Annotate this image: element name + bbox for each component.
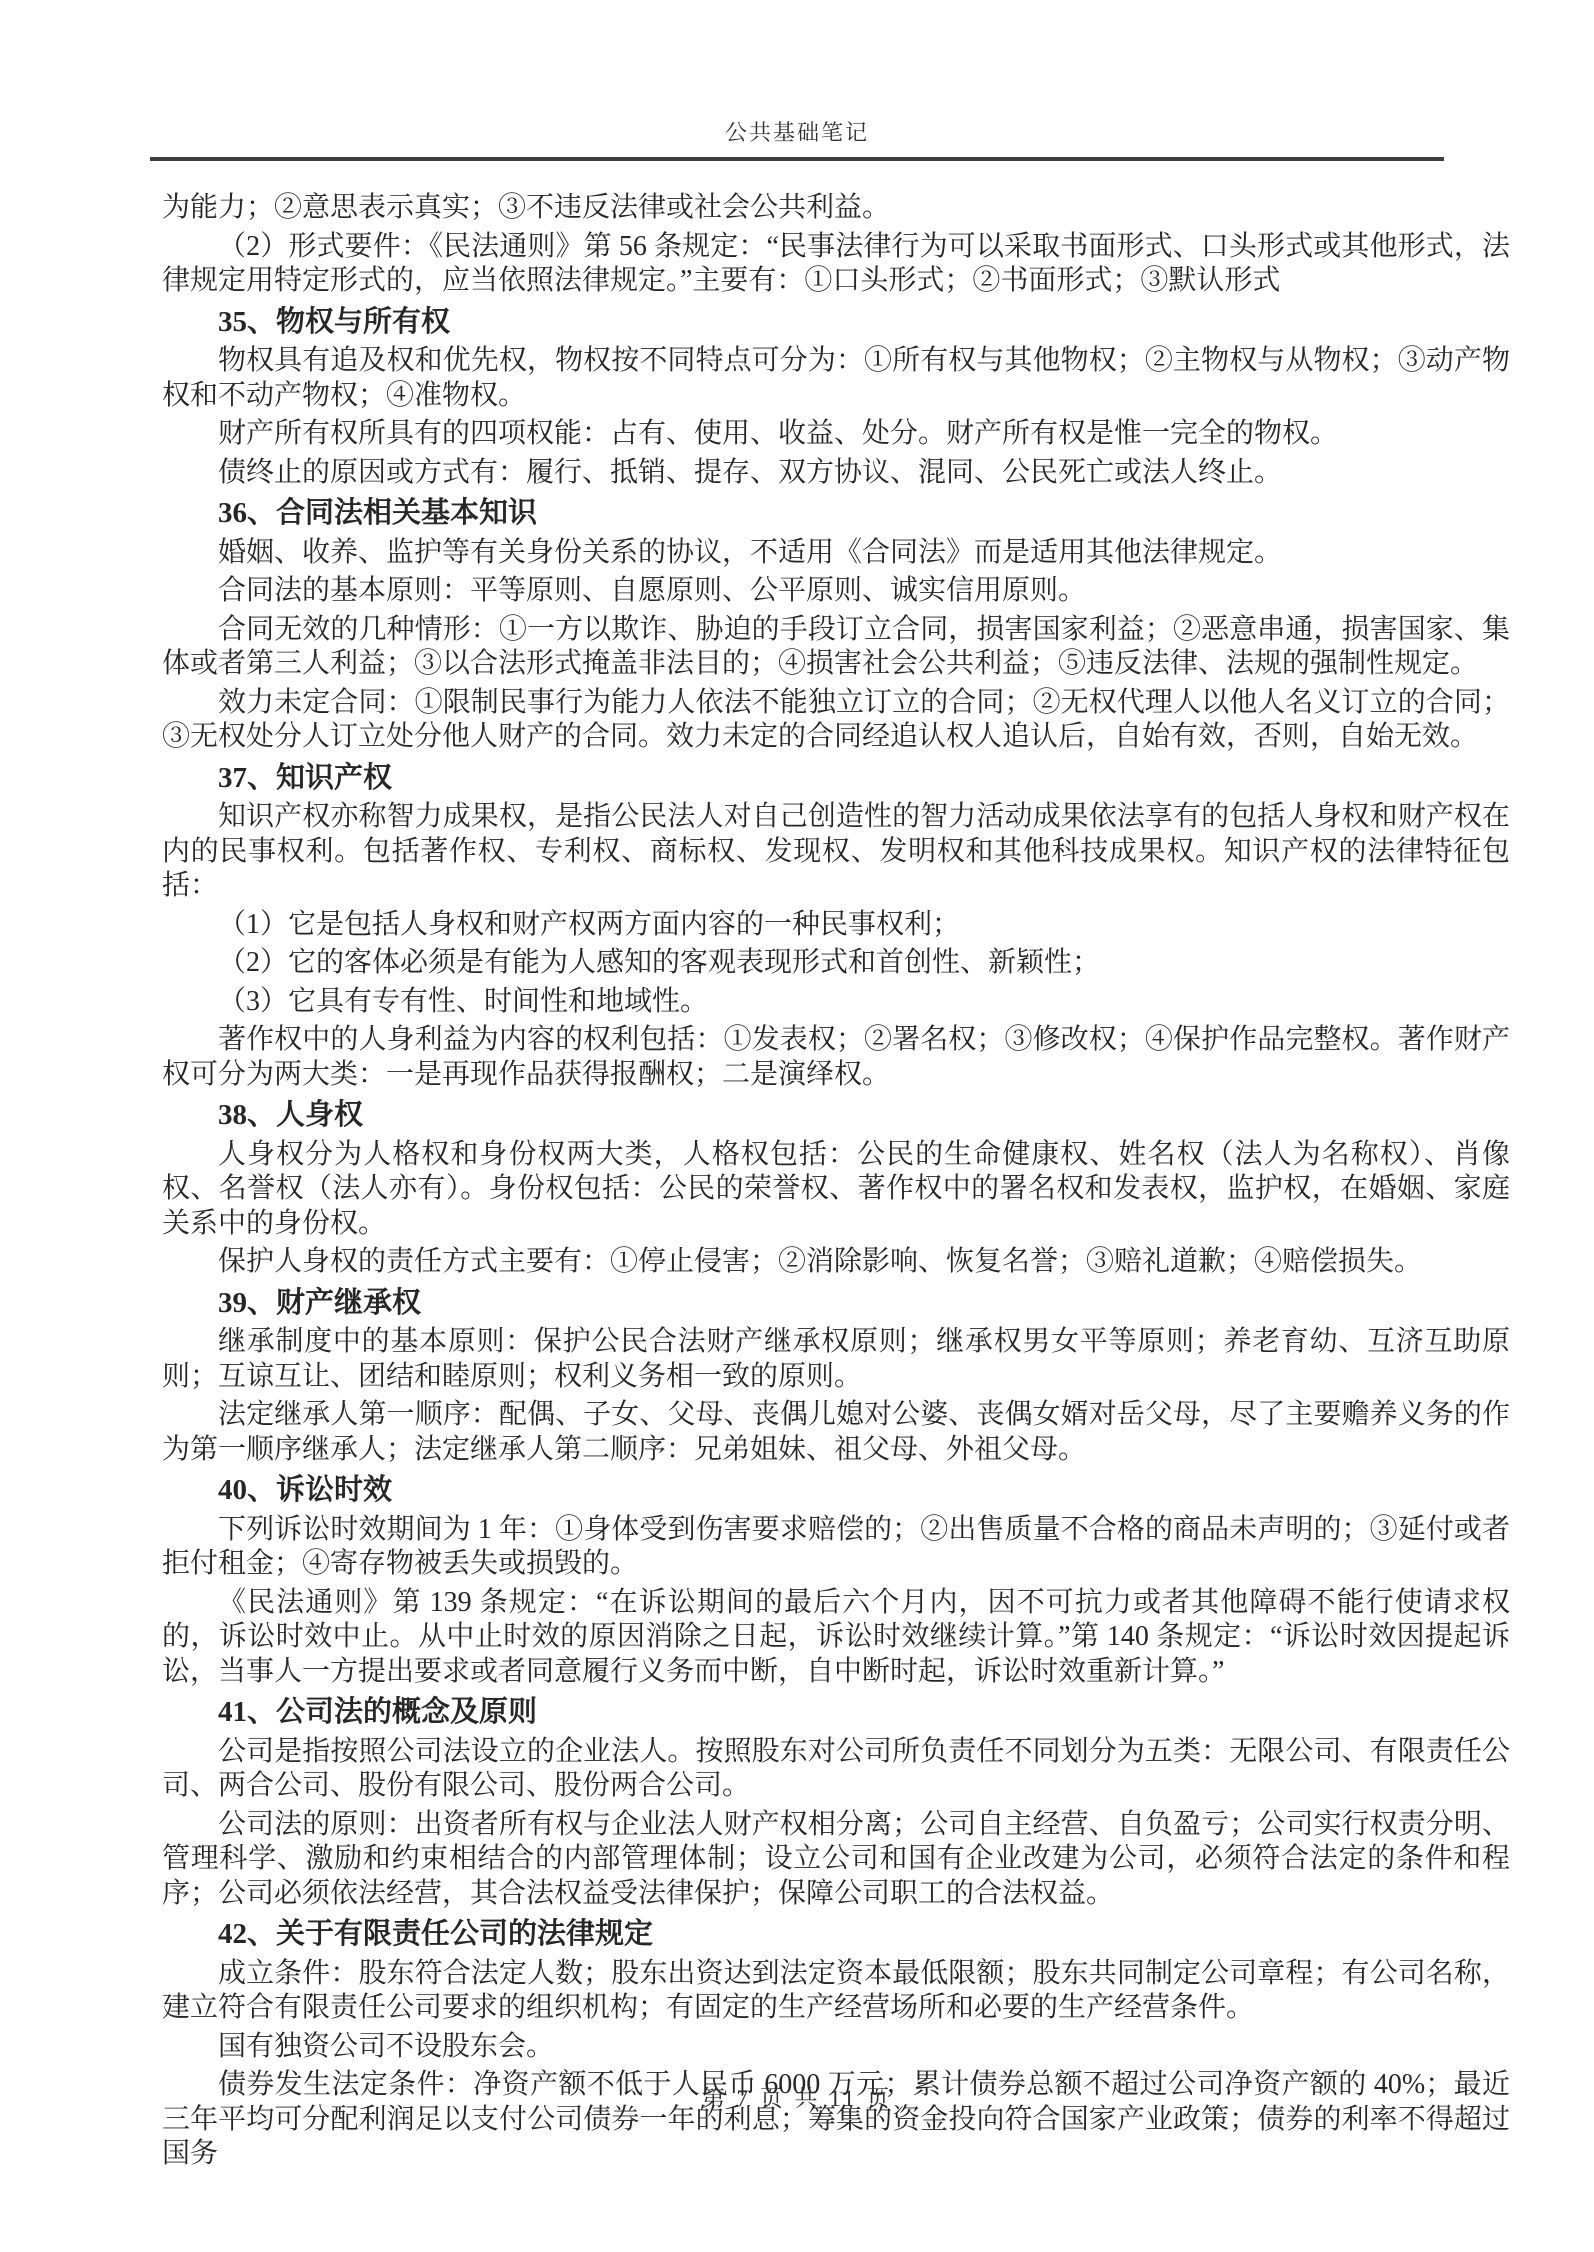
section-heading: 39、财产继承权 xyxy=(162,1286,1510,1321)
paragraph: 知识产权亦称智力成果权，是指公民法人对自己创造性的智力活动成果依法享有的包括人身… xyxy=(162,800,1510,904)
paragraph: 成立条件：股东符合法定人数；股东出资达到法定资本最低限额；股东共同制定公司章程；… xyxy=(162,1957,1510,2026)
document-page: 公共基础笔记 为能力；②意思表示真实；③不违反法律或社会公共利益。（2）形式要件… xyxy=(0,0,1594,2252)
paragraph: 下列诉讼时效期间为 1 年：①身体受到伤害要求赔偿的；②出售质量不合格的商品未声… xyxy=(162,1513,1510,1582)
paragraph: 继承制度中的基本原则：保护公民合法财产继承权原则；继承权男女平等原则；养老育幼、… xyxy=(162,1325,1510,1394)
paragraph: 债终止的原因或方式有：履行、抵销、提存、双方协议、混同、公民死亡或法人终止。 xyxy=(162,456,1510,491)
paragraph: 合同法的基本原则：平等原则、自愿原则、公平原则、诚实信用原则。 xyxy=(162,574,1510,609)
paragraph: 合同无效的几种情形：①一方以欺诈、胁迫的手段订立合同，损害国家利益；②恶意串通，… xyxy=(162,613,1510,682)
section-heading: 42、关于有限责任公司的法律规定 xyxy=(162,1917,1510,1952)
paragraph: 婚姻、收养、监护等有关身份关系的协议，不适用《合同法》而是适用其他法律规定。 xyxy=(162,536,1510,571)
paragraph: 《民法通则》第 139 条规定：“在诉讼期间的最后六个月内，因不可抗力或者其他障… xyxy=(162,1586,1510,1690)
paragraph: 为能力；②意思表示真实；③不违反法律或社会公共利益。 xyxy=(162,191,1510,226)
paragraph: 保护人身权的责任方式主要有：①停止侵害；②消除影响、恢复名誉；③赔礼道歉；④赔偿… xyxy=(162,1245,1510,1280)
paragraph: 效力未定合同：①限制民事行为能力人依法不能独立订立的合同；②无权代理人以他人名义… xyxy=(162,686,1510,755)
header-title: 公共基础笔记 xyxy=(725,120,869,145)
paragraph: 法定继承人第一顺序：配偶、子女、父母、丧偶儿媳对公婆、丧偶女婿对岳父母，尽了主要… xyxy=(162,1398,1510,1467)
section-heading: 36、合同法相关基本知识 xyxy=(162,496,1510,531)
paragraph: 著作权中的人身利益为内容的权利包括：①发表权；②署名权；③修改权；④保护作品完整… xyxy=(162,1023,1510,1092)
section-heading: 41、公司法的概念及原则 xyxy=(162,1695,1510,1730)
header-divider xyxy=(150,157,1444,161)
section-heading: 37、知识产权 xyxy=(162,761,1510,796)
paragraph: 财产所有权所具有的四项权能：占有、使用、收益、处分。财产所有权是惟一完全的物权。 xyxy=(162,417,1510,452)
page-footer: 第 7 页 共 11 页 xyxy=(0,2080,1594,2113)
paragraph: （3）它具有专有性、时间性和地域性。 xyxy=(162,985,1510,1020)
paragraph: 人身权分为人格权和身份权两大类，人格权包括：公民的生命健康权、姓名权（法人为名称… xyxy=(162,1138,1510,1242)
content-area: 为能力；②意思表示真实；③不违反法律或社会公共利益。（2）形式要件：《民法通则》… xyxy=(162,191,1510,2172)
section-heading: 38、人身权 xyxy=(162,1098,1510,1133)
page-number: 第 7 页 共 11 页 xyxy=(702,2086,892,2111)
paragraph: （2）形式要件：《民法通则》第 56 条规定：“民事法律行为可以采取书面形式、口… xyxy=(162,230,1510,299)
page-header: 公共基础笔记 xyxy=(0,0,1594,161)
paragraph: 公司法的原则：出资者所有权与企业法人财产权相分离；公司自主经营、自负盈亏；公司实… xyxy=(162,1808,1510,1912)
section-heading: 35、物权与所有权 xyxy=(162,305,1510,340)
paragraph: 公司是指按照公司法设立的企业法人。按照股东对公司所负责任不同划分为五类：无限公司… xyxy=(162,1735,1510,1804)
paragraph: （1）它是包括人身权和财产权两方面内容的一种民事权利； xyxy=(162,908,1510,943)
section-heading: 40、诉讼时效 xyxy=(162,1473,1510,1508)
paragraph: 国有独资公司不设股东会。 xyxy=(162,2030,1510,2065)
paragraph: 物权具有追及权和优先权，物权按不同特点可分为：①所有权与其他物权；②主物权与从物… xyxy=(162,344,1510,413)
paragraph: （2）它的客体必须是有能为人感知的客观表现形式和首创性、新颖性； xyxy=(162,946,1510,981)
